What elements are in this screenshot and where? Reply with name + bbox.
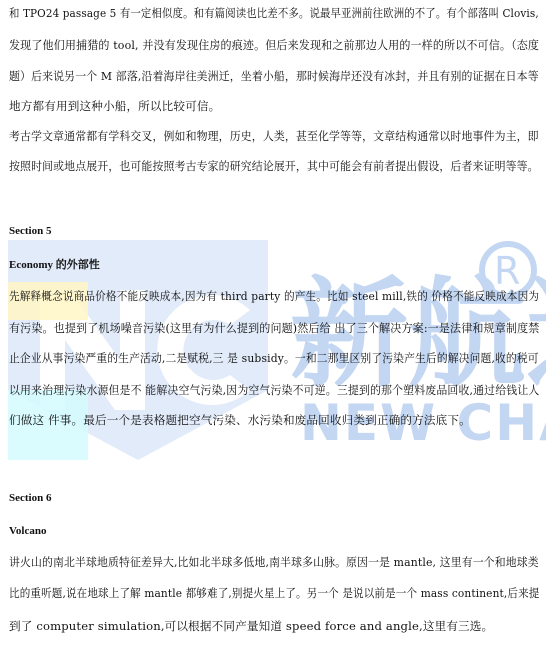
svg-text:R: R bbox=[494, 249, 520, 293]
section-6-line-3: 到了 computer simulation,可以根据不同产量知道 speed … bbox=[9, 619, 493, 633]
intro-line-3: 题）后来说另一个 M 部落,沿着海岸往美洲迁，坐着小船，那时候海岸还没有冰封，并… bbox=[9, 69, 539, 83]
section-6-title: Volcano bbox=[9, 524, 47, 538]
section-6-line-2: 比的重听题,说在地球上了解 mantle 都够难了,别提火星上了。另一个 是说以… bbox=[9, 586, 539, 600]
section-5-title-en: Economy bbox=[9, 259, 53, 271]
section-6-line-1: 讲火山的南北半球地质特征差异大,比如北半球多低地,南半球多山脉。原因一是 man… bbox=[9, 555, 539, 569]
section-5-title-cn: 的外部性 bbox=[56, 258, 100, 271]
section-5-line-5: 们做这 件事。最后一个是表格题把空气污染、水污染和废品回收归类到正确的方法底下。 bbox=[9, 413, 471, 427]
section-5-line-2: 有污染。也提到了机场噪音污染(这里有为什么提到的问题)然后给 出了三个解决方案:… bbox=[9, 321, 539, 335]
intro-line-2: 发现了他们用捕猎的 tool, 并没有发现住房的痕迹。但后来发现和之前那边人用的… bbox=[9, 38, 539, 52]
section-5-heading: Section 5 bbox=[9, 224, 51, 238]
section-5-title: Economy 的外部性 bbox=[9, 258, 100, 272]
archaeology-line-2: 按照时间或地点展开，也可能按照考古专家的研究结论展开，其中可能会有前者提出假设，… bbox=[9, 159, 539, 173]
section-5-line-1: 先解释概念说商品价格不能反映成本,因为有 third party 的产生。比如 … bbox=[9, 289, 539, 303]
archaeology-line-1: 考古学文章通常都有学科交叉，例如和物理，历史，人类，甚至化学等等，文章结构通常以… bbox=[9, 129, 539, 143]
section-6-heading: Section 6 bbox=[9, 491, 51, 505]
intro-line-4: 地方都有用到这种小船，所以比较可信。 bbox=[9, 99, 220, 113]
intro-line-1: 和 TPO24 passage 5 有一定相似度。和有篇阅读也比差不多。说最早亚… bbox=[9, 6, 539, 20]
shield-icon bbox=[8, 240, 268, 460]
section-5-line-4: 以用来治理污染水源但是不 能解决空气污染,因为空气污染不可逆。三提到的那个塑料废… bbox=[9, 383, 539, 397]
section-5-line-3: 止企业从事污染严重的生产活动,二是赋税,三 是 subsidy。一和二那里区别了… bbox=[9, 351, 539, 365]
